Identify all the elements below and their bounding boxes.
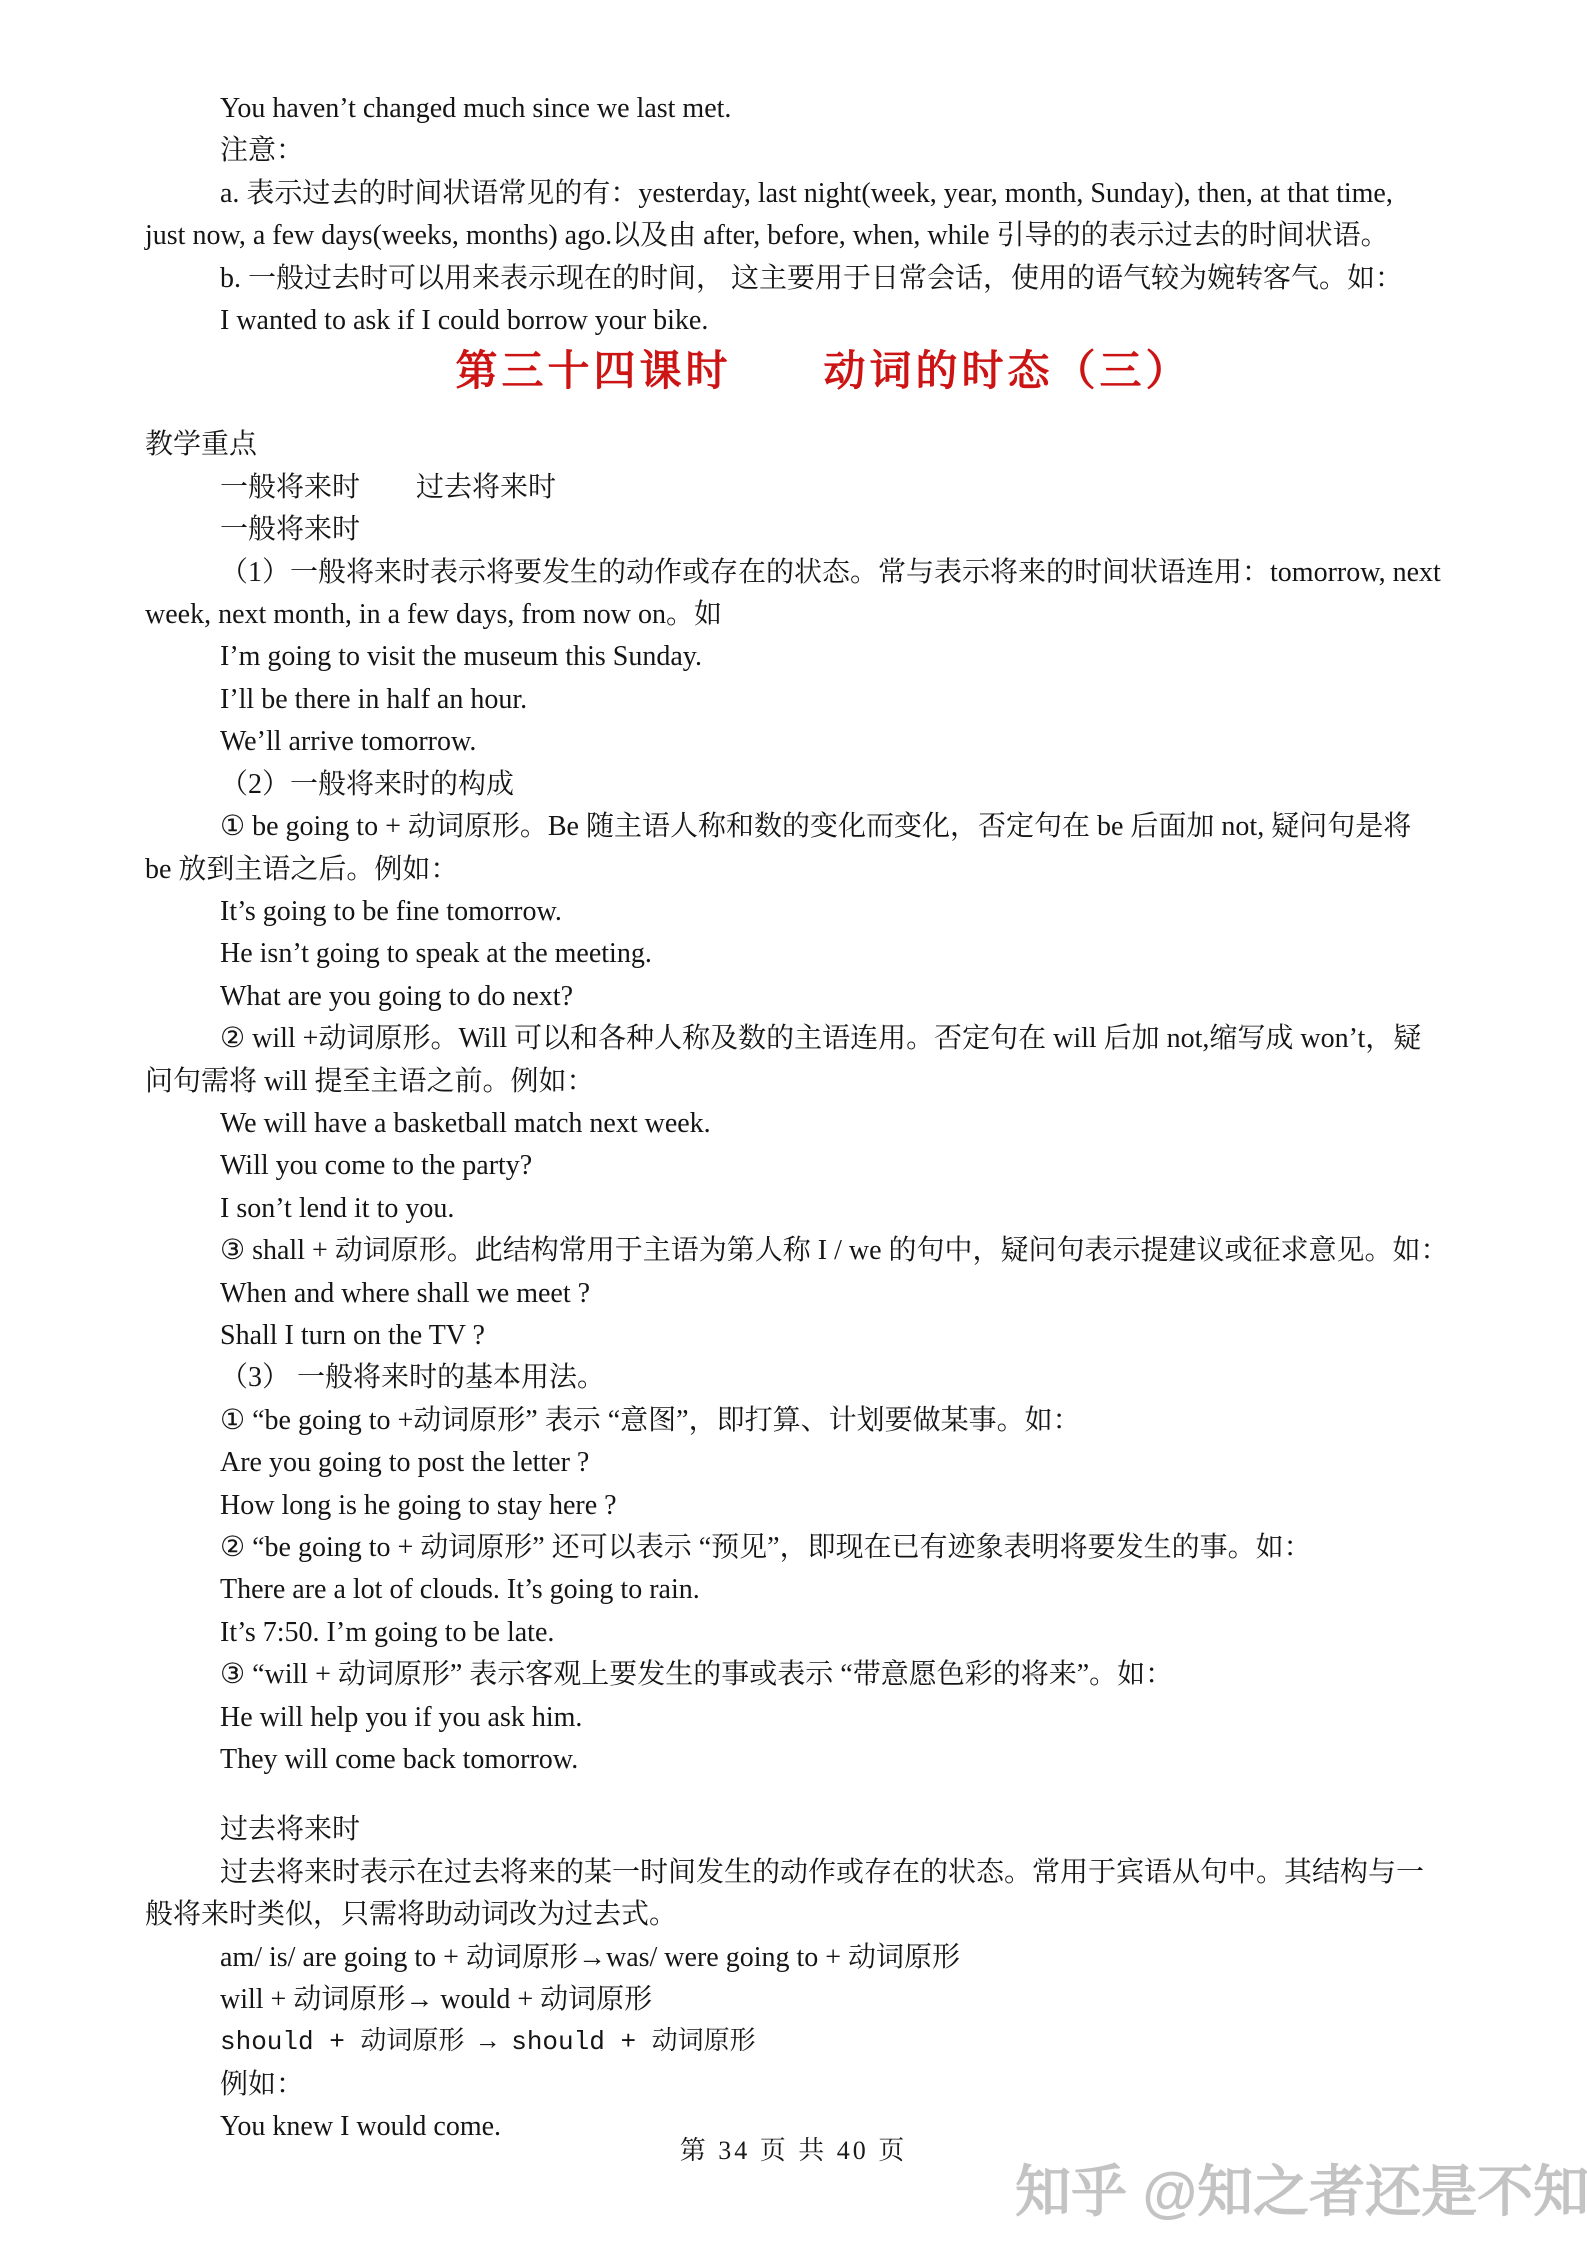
text-line: ① be going to + 动词原形。Be 随主语人称和数的变化而变化，否定…	[145, 806, 1502, 848]
text-line: How long is he going to stay here ?	[145, 1485, 1502, 1527]
zhihu-watermark: 知乎 @知之者还是不知者	[1015, 2148, 1587, 2228]
text-line: week, next month, in a few days, from no…	[145, 594, 1502, 636]
text-line: There are a lot of clouds. It’s going to…	[145, 1569, 1502, 1611]
text-line: I son’t lend it to you.	[145, 1188, 1502, 1230]
text-line: I’ll be there in half an hour.	[145, 679, 1502, 721]
text-line: ③ “will + 动词原形” 表示客观上要发生的事或表示 “带意愿色彩的将来”…	[145, 1654, 1502, 1696]
text-line: When and where shall we meet ?	[145, 1273, 1502, 1315]
text-line: （1）一般将来时表示将要发生的动作或存在的状态。常与表示将来的时间状语连用：to…	[145, 552, 1502, 594]
text-line: ① “be going to +动词原形” 表示 “意图”，即打算、计划要做某事…	[145, 1400, 1502, 1442]
text-line: 注意：	[145, 130, 1502, 172]
text-line: Shall I turn on the TV ?	[145, 1315, 1502, 1357]
text-line: ② will +动词原形。Will 可以和各种人称及数的主语连用。否定句在 wi…	[145, 1018, 1502, 1060]
text-line: I wanted to ask if I could borrow your b…	[145, 300, 1502, 342]
document-content: You haven’t changed much since we last m…	[0, 0, 1587, 2149]
text-line: What are you going to do next?	[145, 976, 1502, 1018]
text-line: ② “be going to + 动词原形” 还可以表示 “预见”，即现在已有迹…	[145, 1527, 1502, 1569]
text-line: a. 表示过去的时间状语常见的有：yesterday, last night(w…	[145, 173, 1502, 215]
text-line: Will you come to the party?	[145, 1145, 1502, 1187]
text-line: I’m going to visit the museum this Sunda…	[145, 636, 1502, 678]
text-line: Are you going to post the letter ?	[145, 1442, 1502, 1484]
text-line: You haven’t changed much since we last m…	[145, 88, 1502, 130]
document-page: You haven’t changed much since we last m…	[0, 0, 1587, 2245]
text-line: b. 一般过去时可以用来表示现在的时间， 这主要用于日常会话，使用的语气较为婉转…	[145, 258, 1502, 300]
lesson-heading: 第三十四课时 动词的时态（三）	[145, 342, 1502, 402]
text-line: They will come back tomorrow.	[145, 1739, 1502, 1781]
text-line: It’s going to be fine tomorrow.	[145, 891, 1502, 933]
text-line: 般将来时类似，只需将助动词改为过去式。	[145, 1894, 1502, 1936]
text-line: 过去将来时表示在过去将来的某一时间发生的动作或存在的状态。常用于宾语从句中。其结…	[145, 1852, 1502, 1894]
text-line: be 放到主语之后。例如：	[145, 849, 1502, 891]
text-line: 一般将来时	[145, 509, 1502, 551]
text-line: It’s 7:50. I’m going to be late.	[145, 1612, 1502, 1654]
text-line: 例如：	[145, 2064, 1502, 2106]
text-line: 一般将来时 过去将来时	[145, 467, 1502, 509]
text-line: （3） 一般将来时的基本用法。	[145, 1357, 1502, 1399]
text-line: We will have a basketball match next wee…	[145, 1103, 1502, 1145]
text-line: 教学重点	[145, 424, 1502, 466]
text-line: （2）一般将来时的构成	[145, 764, 1502, 806]
text-line: 问句需将 will 提至主语之前。例如：	[145, 1061, 1502, 1103]
text-line: He will help you if you ask him.	[145, 1697, 1502, 1739]
text-line: 过去将来时	[145, 1809, 1502, 1851]
text-line: ③ shall + 动词原形。此结构常用于主语为第人称 I / we 的句中，疑…	[145, 1230, 1502, 1272]
text-line: We’ll arrive tomorrow.	[145, 721, 1502, 763]
text-line: just now, a few days(weeks, months) ago.…	[145, 215, 1502, 257]
text-line: He isn’t going to speak at the meeting.	[145, 933, 1502, 975]
text-line: am/ is/ are going to + 动词原形→was/ were go…	[145, 1937, 1502, 1979]
text-line: should + 动词原形 → should + 动词原形	[145, 2021, 1502, 2063]
blank-line	[145, 1781, 1502, 1809]
text-line: will + 动词原形→ would + 动词原形	[145, 1979, 1502, 2021]
